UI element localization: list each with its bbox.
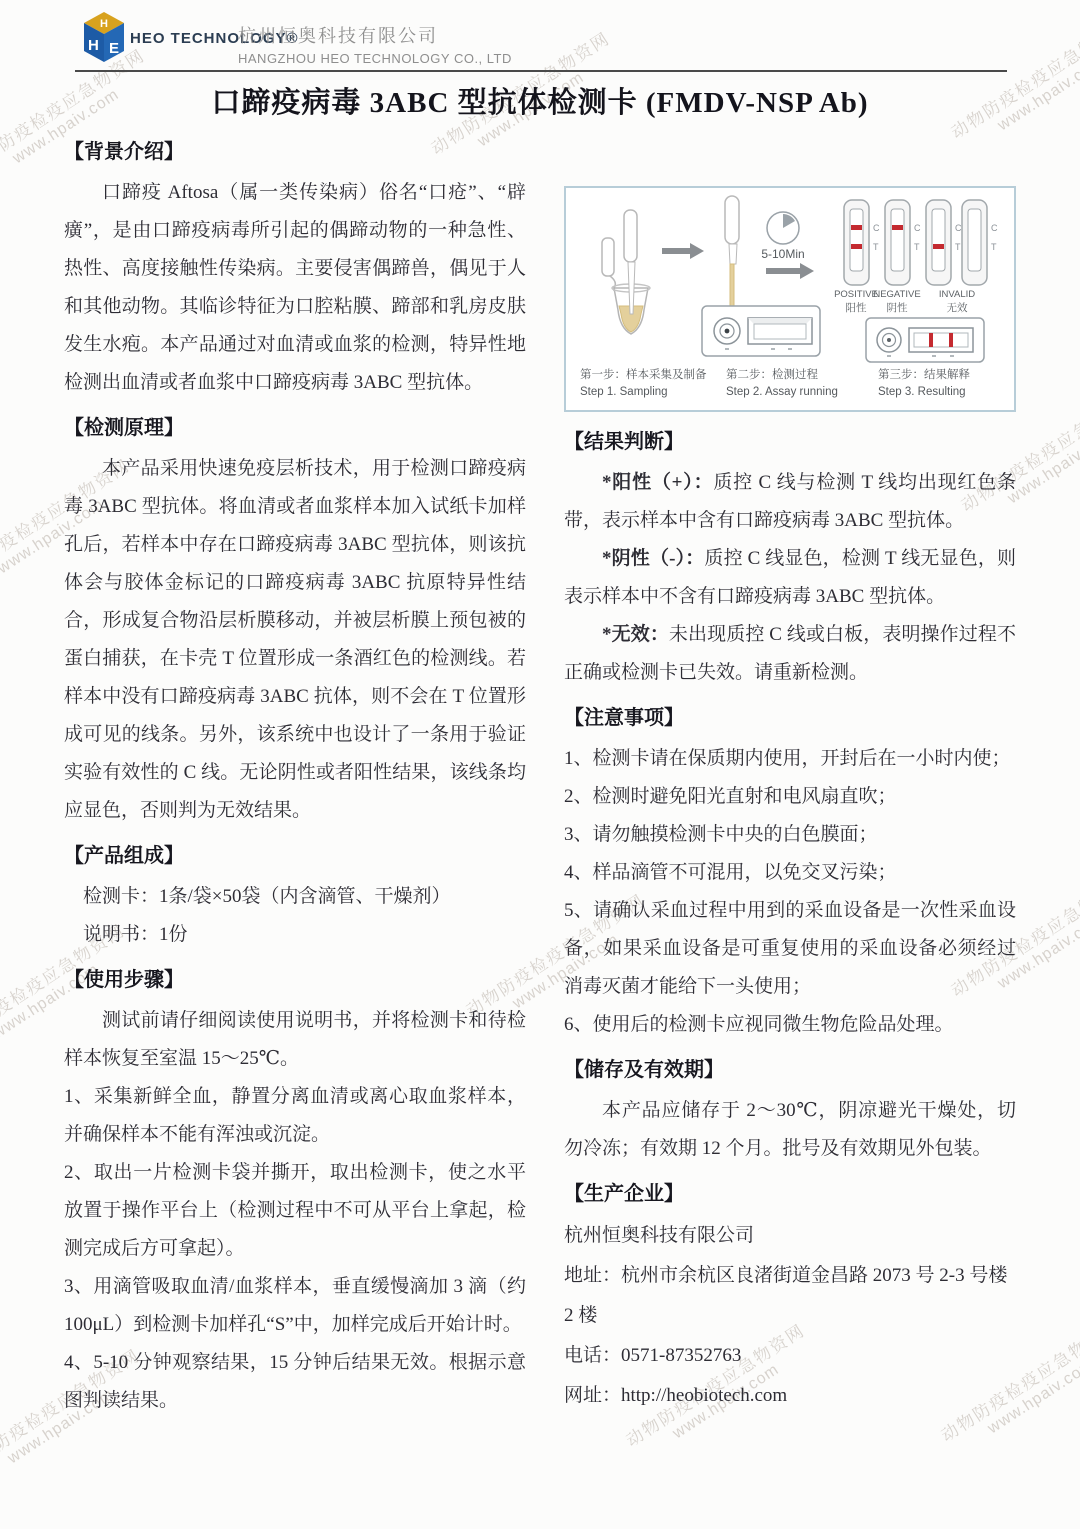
test-cassette-icon	[702, 306, 820, 356]
invalid-label-en: INVALID	[939, 289, 975, 300]
note-item: 4、样品滴管不可混用，以免交叉污染；	[564, 854, 1016, 892]
principle-paragraph: 本产品采用快速免疫层析技术，用于检测口蹄疫病毒 3ABC 型抗体。将血清或者血浆…	[64, 450, 526, 830]
component-item: 说明书：1份	[64, 916, 526, 954]
result-strip-invalid-blank	[962, 200, 987, 285]
strip-t-label: T	[991, 242, 997, 252]
step-item: 2、取出一片检测卡袋并撕开，取出检测卡，使之水平放置于操作平台上（检测过程中不可…	[64, 1154, 526, 1268]
manufacturer-name: 杭州恒奥科技有限公司	[564, 1216, 1016, 1256]
result-strip-negative	[885, 200, 910, 285]
manufacturer-website: 网址：http://heobiotech.com	[564, 1376, 1016, 1416]
step3-caption-en: Step 3. Resulting	[878, 386, 966, 398]
strip-c-label: C	[873, 223, 880, 233]
storage-paragraph: 本产品应储存于 2～30℃，阴凉避光干燥处，切勿冷冻；有效期 12 个月。批号及…	[564, 1092, 1016, 1168]
clock-duration-label: 5-10Min	[761, 247, 804, 261]
company-name-en: HANGZHOU HEO TECHNOLOGY CO., LTD	[238, 51, 512, 66]
logo-letter-h-top: H	[100, 18, 108, 30]
company-logo-icon: H H E	[80, 10, 128, 71]
result-strip-positive	[844, 200, 869, 285]
component-item: 检测卡：1条/袋×50袋（内含滴管、干燥剂）	[64, 878, 526, 916]
arrow-right-icon	[766, 263, 814, 279]
step-item: 4、5-10 分钟观察结果，15 分钟后结果无效。根据示意图判读结果。	[64, 1344, 526, 1420]
sample-tube-icon	[602, 210, 650, 334]
section-heading-result: 【结果判断】	[564, 428, 1016, 456]
logo-letter-e: E	[109, 40, 119, 57]
result-negative-lead: *阴性（-）：	[602, 548, 704, 569]
note-item: 3、请勿触摸检测卡中央的白色膜面；	[564, 816, 1016, 854]
step3-caption-cn: 第三步：结果解释	[878, 367, 970, 381]
strip-t-label: T	[873, 242, 879, 252]
step1-caption-en: Step 1. Sampling	[580, 386, 668, 398]
steps-intro: 测试前请仔细阅读使用说明书，并将检测卡和待检样本恢复至室温 15～25℃。	[64, 1002, 526, 1078]
result-invalid-lead: *无效：	[602, 624, 669, 645]
background-paragraph: 口蹄疫 Aftosa（属一类传染病）俗名“口疮”、“辟癀”，是由口蹄疫病毒所引起…	[64, 174, 526, 402]
section-heading-background: 【背景介绍】	[64, 138, 526, 166]
negative-label-cn: 阴性	[887, 301, 908, 314]
strip-c-label: C	[955, 223, 962, 233]
strip-t-label: T	[955, 242, 961, 252]
company-name-cn: 杭州恒奥科技有限公司	[238, 22, 512, 48]
result-negative: *阴性（-）：质控 C 线显色，检测 T 线无显色，则表示样本中不含有口蹄疫病毒…	[564, 540, 1016, 616]
result-positive: *阳性（+）：质控 C 线与检测 T 线均出现红色条带，表示样本中含有口蹄疫病毒…	[564, 464, 1016, 540]
negative-label-en: NEGATIVE	[873, 289, 920, 300]
strip-c-label: C	[914, 223, 921, 233]
section-heading-storage: 【储存及有效期】	[564, 1056, 1016, 1084]
document-page: 动物防疫检疫应急物资网www.hpaiv.com 动物防疫检疫应急物资网www.…	[0, 0, 1080, 1529]
note-item: 1、检测卡请在保质期内使用，开封后在一小时内使；	[564, 740, 1016, 778]
section-heading-principle: 【检测原理】	[64, 414, 526, 442]
positive-label-en: POSITIVE	[834, 289, 878, 300]
section-heading-manufacturer: 【生产企业】	[564, 1180, 1016, 1208]
company-names: 杭州恒奥科技有限公司 HANGZHOU HEO TECHNOLOGY CO., …	[238, 22, 512, 66]
step2-caption-cn: 第二步：检测过程	[726, 367, 818, 381]
section-heading-notes: 【注意事项】	[564, 704, 1016, 732]
manufacturer-phone: 电话：0571-87352763	[564, 1336, 1016, 1376]
right-column: 5-10Min	[564, 186, 1016, 1416]
step-item: 3、用滴管吸取血清/血浆样本，垂直缓慢滴加 3 滴（约100μL）到检测卡加样孔…	[64, 1268, 526, 1344]
manufacturer-info: 杭州恒奥科技有限公司 地址：杭州市余杭区良渚街道金昌路 2073 号 2-3 号…	[564, 1216, 1016, 1416]
arrow-right-icon	[662, 243, 704, 259]
procedure-diagram: 5-10Min	[564, 186, 1016, 412]
invalid-label-cn: 无效	[947, 301, 968, 314]
result-strip-invalid-t	[926, 200, 951, 285]
logo-letter-h: H	[88, 37, 99, 54]
manufacturer-address: 地址：杭州市余杭区良渚街道金昌路 2073 号 2-3 号楼 2 楼	[564, 1256, 1016, 1336]
left-column: 【背景介绍】 口蹄疫 Aftosa（属一类传染病）俗名“口疮”、“辟癀”，是由口…	[64, 138, 526, 1420]
note-item: 5、请确认采血过程中用到的采血设备是一次性采血设备，如果采血设备是可重复使用的采…	[564, 892, 1016, 1006]
section-heading-steps: 【使用步骤】	[64, 966, 526, 994]
step-item: 1、采集新鲜全血，静置分离血清或离心取血浆样本，并确保样本不能有浑浊或沉淀。	[64, 1078, 526, 1154]
note-item: 2、检测时避免阳光直射和电风扇直吹；	[564, 778, 1016, 816]
strip-t-label: T	[914, 242, 920, 252]
strip-c-label: C	[991, 223, 998, 233]
section-heading-components: 【产品组成】	[64, 842, 526, 870]
result-invalid: *无效：未出现质控 C 线或白板，表明操作过程不正确或检测卡已失效。请重新检测。	[564, 616, 1016, 692]
result-cassette-icon	[866, 318, 984, 362]
note-item: 6、使用后的检测卡应视同微生物危险品处理。	[564, 1006, 1016, 1044]
result-positive-lead: *阳性（+）：	[602, 472, 713, 493]
step2-caption-en: Step 2. Assay running	[726, 386, 838, 398]
step1-caption-cn: 第一步：样本采集及制备	[580, 367, 707, 381]
positive-label-cn: 阳性	[846, 301, 867, 314]
header-divider	[75, 70, 1007, 72]
page-title: 口蹄疫病毒 3ABC 型抗体检测卡 (FMDV-NSP Ab)	[0, 80, 1080, 121]
clock-icon	[767, 212, 799, 244]
